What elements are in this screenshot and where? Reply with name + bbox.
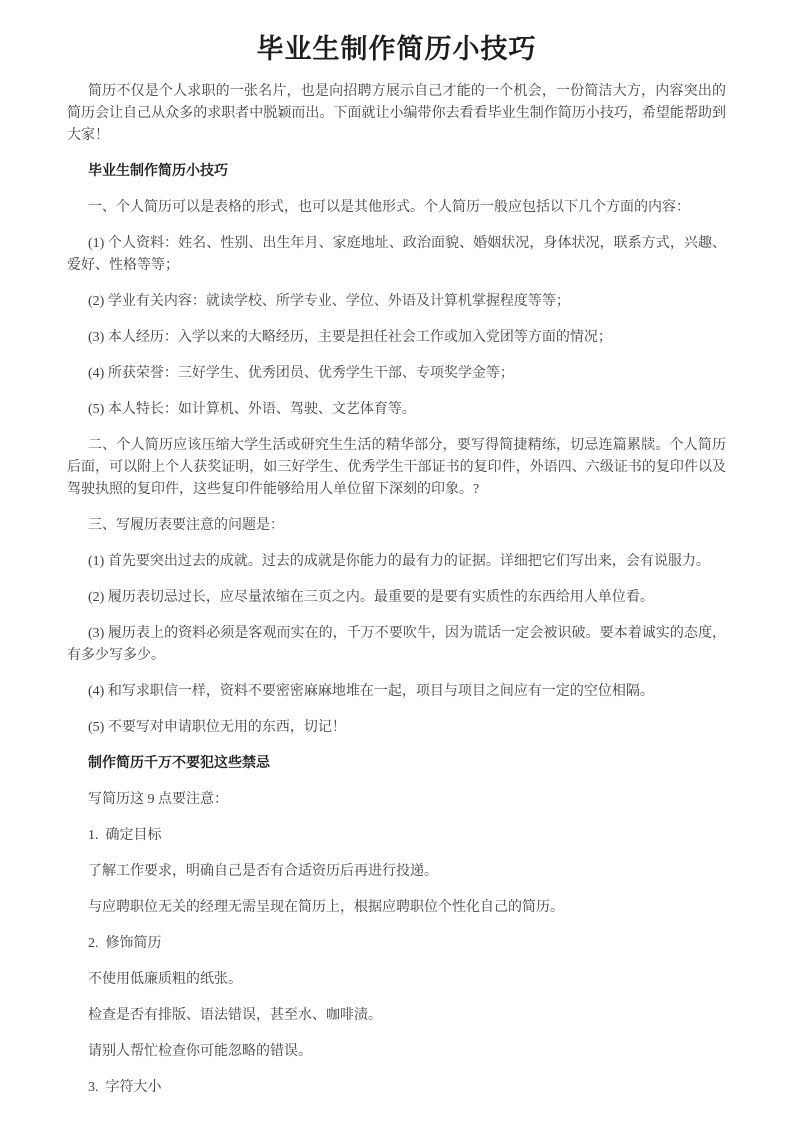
paragraph: (4) 和写求职信一样，资料不要密密麻麻地堆在一起，项目与项目之间应有一定的空位… <box>67 681 726 703</box>
paragraph: (2) 学业有关内容：就读学校、所学专业、学位、外语及计算机掌握程度等等； <box>67 291 726 313</box>
paragraph: 了解工作要求，明确自己是否有合适资历后再进行投递。 <box>67 861 726 883</box>
paragraph: 写简历这 9 点要注意： <box>67 789 726 811</box>
paragraph: 2. 修饰简历 <box>67 933 726 955</box>
paragraph: 一、个人简历可以是表格的形式，也可以是其他形式。个人简历一般应包括以下几个方面的… <box>67 197 726 219</box>
document-body: 简历不仅是个人求职的一张名片，也是向招聘方展示自己才能的一个机会，一份简洁大方，… <box>67 81 726 1099</box>
paragraph: (5) 本人特长：如计算机、外语、驾驶、文艺体育等。 <box>67 399 726 421</box>
paragraph: (1) 首先要突出过去的成就。过去的成就是你能力的最有力的证据。详细把它们写出来… <box>67 551 726 573</box>
paragraph: 1. 确定目标 <box>67 825 726 847</box>
section-heading: 毕业生制作简历小技巧 <box>67 161 726 183</box>
document-page: 毕业生制作简历小技巧 简历不仅是个人求职的一张名片，也是向招聘方展示自己才能的一… <box>0 0 794 1123</box>
paragraph: 简历不仅是个人求职的一张名片，也是向招聘方展示自己才能的一个机会，一份简洁大方，… <box>67 81 726 147</box>
paragraph: (2) 履历表切忌过长，应尽量浓缩在三页之内。最重要的是要有实质性的东西给用人单… <box>67 587 726 609</box>
paragraph: (1) 个人资料：姓名、性别、出生年月、家庭地址、政治面貌、婚姻状况，身体状况，… <box>67 233 726 277</box>
paragraph: 不使用低廉质粗的纸张。 <box>67 969 726 991</box>
paragraph: (5) 不要写对申请职位无用的东西，切记！ <box>67 717 726 739</box>
paragraph: (3) 履历表上的资料必须是客观而实在的，千万不要吹牛，因为谎话一定会被识破。要… <box>67 623 726 667</box>
paragraph: (3) 本人经历：入学以来的大略经历，主要是担任社会工作或加入党团等方面的情况； <box>67 327 726 349</box>
paragraph: 三、写履历表要注意的问题是： <box>67 515 726 537</box>
paragraph: 3. 字符大小 <box>67 1077 726 1099</box>
document-title: 毕业生制作简历小技巧 <box>67 31 726 67</box>
paragraph: 请别人帮忙检查你可能忽略的错误。 <box>67 1041 726 1063</box>
paragraph: 二、个人简历应该压缩大学生活或研究生生活的精华部分，要写得简捷精练，切忌连篇累牍… <box>67 435 726 501</box>
paragraph: 检查是否有排版、语法错误，甚至水、咖啡渍。 <box>67 1005 726 1027</box>
section-heading: 制作简历千万不要犯这些禁忌 <box>67 753 726 775</box>
paragraph: 与应聘职位无关的经理无需呈现在简历上，根据应聘职位个性化自己的简历。 <box>67 897 726 919</box>
paragraph: (4) 所获荣誉：三好学生、优秀团员、优秀学生干部、专项奖学金等； <box>67 363 726 385</box>
